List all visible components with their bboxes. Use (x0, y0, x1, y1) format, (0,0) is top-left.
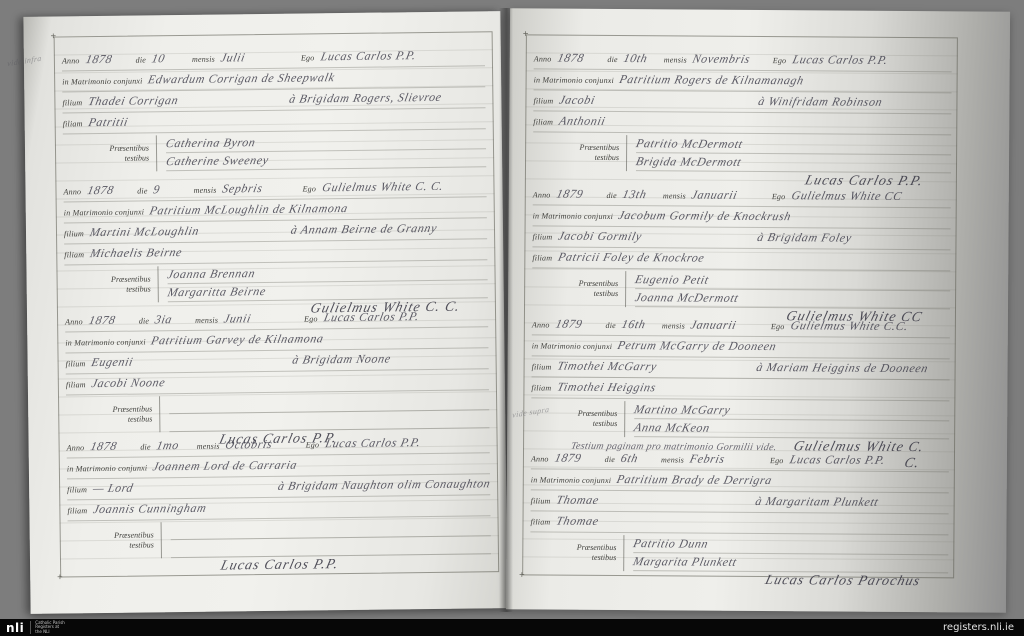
groom-name: Joannem Lord de Carraria (151, 453, 491, 475)
bride-name: à Mariam Heiggins de Dooneen (755, 358, 952, 377)
label-ego: Ego (770, 452, 784, 470)
label-testibus-word: testibus (533, 152, 619, 163)
bride-father-name: Michaelis Beirne (88, 239, 489, 262)
label-mensis: mensis (661, 451, 684, 469)
label-die: die (139, 312, 150, 330)
site-url: registers.nli.ie (943, 622, 1014, 633)
filiam-line: filiam Jacobi Noone (66, 369, 489, 395)
filiam-line: filiam Thomae (530, 511, 948, 535)
label-die: die (605, 451, 616, 469)
filiam-line: filiam Timothei Heiggins (531, 377, 949, 401)
witness2-name: Anna McKeon (632, 419, 711, 437)
celebrant-name: Gulielmus White CC (789, 186, 952, 205)
label-die: die (606, 187, 617, 205)
groom-name: Edwardum Corrigan de Sheepwalk (147, 66, 487, 88)
die-value: 10th (622, 49, 660, 67)
bride-father-name: Patritii (87, 108, 488, 131)
witness2-name: Joanna McDermott (633, 289, 740, 307)
label-filium: filium (531, 492, 551, 510)
groom-name: Patritium Rogers de Kilnamanagh (618, 70, 954, 90)
mensis-value: Sepbris (221, 179, 299, 198)
label-filium: filium (64, 225, 84, 243)
groom-line: in Matrimonio conjunxi Patritium Brady d… (531, 469, 949, 493)
label-testibus: Præsentibus testibus (532, 270, 625, 307)
witness-line: Anna McKeon (634, 419, 949, 439)
groom-father-name: Eugenii (90, 351, 289, 371)
label-mensis: mensis (195, 312, 218, 330)
die-value: 10 (150, 49, 188, 67)
anno-value: 1878 (85, 181, 133, 200)
die-value: 1mo (155, 436, 193, 454)
filium-line: filium Thomae à Margaritam Plunkett (531, 490, 949, 514)
label-ego: Ego (772, 188, 786, 206)
label-conjunxi: in Matrimonio conjunxi (67, 459, 148, 478)
date-line: Anno 1879 die 13th mensis Januarii Ego G… (533, 184, 951, 208)
label-anno: Anno (63, 183, 81, 201)
mensis-value: Januarii (689, 316, 767, 334)
witness-line: Patritio Dunn (633, 535, 948, 555)
witnesses-block: Præsentibus testibus Martino McGarry Ann… (531, 400, 949, 439)
label-filium: filium (533, 92, 553, 110)
witness1-name: Martino McGarry (632, 401, 732, 419)
filium-line: filium Jacobi Gormily à Brigidam Foley (532, 226, 950, 250)
anno-value: 1879 (554, 315, 602, 333)
die-value: 16th (620, 315, 658, 333)
label-ego: Ego (304, 310, 318, 328)
label-filiam: filiam (530, 513, 550, 531)
mensis-value: Febris (688, 450, 766, 468)
groom-name: Jacobum Gormily de Knockrush (617, 206, 953, 226)
label-mensis: mensis (662, 317, 685, 335)
nli-logo-caption: Catholic Parish Registers at the NLI (30, 621, 65, 635)
groom-father-name: Martini McLoughlin (88, 221, 287, 241)
register-entry: Anno 1878 die 9 mensis Sepbris Ego Gulie… (63, 176, 488, 325)
mensis-value: Novembris (691, 50, 769, 68)
label-praesentibus: Præsentibus (532, 278, 618, 289)
label-conjunxi: in Matrimonio conjunxi (534, 71, 615, 90)
label-anno: Anno (65, 313, 83, 331)
filiam-line: filiam Patritii (63, 108, 486, 134)
witness-line: Margarita Plunkett (633, 553, 948, 573)
groom-father-name: Timothei McGarry (556, 357, 753, 376)
celebrant-name: Gulielmus White C.C. (788, 316, 951, 335)
bride-father-name: Timothei Heiggins (555, 378, 951, 399)
celebrant-name: Lucas Carlos P.P. (323, 432, 491, 452)
groom-name: Patritium Brady de Derrigra (615, 470, 951, 490)
filium-line: filium Jacobi à Winifridam Robinson (533, 90, 951, 114)
label-ego: Ego (771, 318, 785, 336)
witness2-name: Margarita Plunkett (631, 553, 738, 571)
label-die: die (140, 438, 151, 456)
filiam-line: filiam Joannis Cunningham (67, 495, 490, 521)
witnesses-block: Præsentibus testibus Patritio Dunn Marga… (530, 534, 948, 573)
bride-father-name: Jacobi Noone (90, 369, 491, 392)
bride-father-name: Patricii Foley de Knockroe (556, 248, 952, 269)
label-testibus: Præsentibus testibus (530, 534, 623, 571)
label-anno: Anno (533, 186, 551, 204)
witness-line: Patritio McDermott (636, 135, 951, 155)
witness1-name: Patritio McDermott (634, 135, 744, 153)
mensis-value: Octobris (224, 435, 302, 454)
label-testibus: Præsentibus testibus (64, 266, 157, 303)
witnesses-block: Præsentibus testibus (66, 392, 489, 433)
label-conjunxi: in Matrimonio conjunxi (62, 72, 143, 91)
witness2-name: Catherine Sweeney (164, 152, 270, 170)
label-anno: Anno (531, 450, 549, 468)
register-entry: Anno 1878 die 1mo mensis Octobris Ego Lu… (67, 432, 492, 581)
label-die: die (606, 317, 617, 335)
celebrant-name: Lucas Carlos P.P. (790, 50, 953, 69)
label-die: die (137, 182, 148, 200)
register-entry: Anno 1878 die 10 mensis Julii Ego Lucas … (62, 45, 487, 194)
label-testibus-word: testibus (63, 153, 149, 164)
label-testibus: Præsentibus testibus (63, 135, 156, 172)
label-filium: filium (67, 481, 87, 499)
filiam-line: filiam Anthonii (533, 111, 951, 135)
groom-name: Patritium Garvey de Kilnamona (150, 327, 490, 349)
groom-line: in Matrimonio conjunxi Petrum McGarry de… (532, 335, 950, 359)
witness1-name: Catherina Byron (164, 134, 257, 152)
label-testibus-word: testibus (530, 552, 616, 563)
mensis-value: Januarii (690, 186, 768, 204)
label-mensis: mensis (663, 187, 686, 205)
groom-line: in Matrimonio conjunxi Patritium Rogers … (534, 69, 952, 93)
watermark-bar: nli Catholic Parish Registers at the NLI… (0, 619, 1024, 636)
register-page-left[interactable]: Anno 1878 die 10 mensis Julii Ego Lucas … (23, 11, 507, 614)
caption-line: the NLI (35, 630, 65, 635)
witnesses-block: Præsentibus testibus Joanna Brennan Marg… (64, 262, 487, 303)
label-conjunxi: in Matrimonio conjunxi (65, 333, 146, 352)
label-mensis: mensis (192, 51, 215, 69)
groom-father-name: Jacobi Gormily (556, 227, 753, 246)
witness2-name: Brigida McDermott (634, 153, 743, 171)
label-testibus: Præsentibus testibus (66, 396, 159, 433)
groom-line: in Matrimonio conjunxi Jacobum Gormily d… (533, 205, 951, 229)
filium-line: filium Timothei McGarry à Mariam Heiggin… (532, 356, 950, 380)
label-filium: filium (532, 358, 552, 376)
bride-name: à Winifridam Robinson (756, 92, 953, 111)
register-entry: Anno 1878 die 10th mensis Novembris Ego … (533, 48, 952, 195)
signature-row: Lucas Carlos P.P. (68, 555, 491, 581)
celebrant-signature: Lucas Carlos Parochus (528, 571, 950, 590)
anno-value: 1878 (89, 437, 137, 456)
label-testibus-word: testibus (65, 284, 151, 295)
label-die: die (135, 51, 146, 69)
witness-line: Joanna McDermott (635, 289, 950, 309)
label-conjunxi: in Matrimonio conjunxi (531, 471, 612, 490)
label-filiam: filiam (67, 502, 87, 520)
die-value: 6th (619, 449, 657, 467)
bride-name: à Brigidam Noone (291, 348, 490, 368)
filiam-line: filiam Patricii Foley de Knockroe (532, 247, 950, 271)
anno-value: 1878 (84, 50, 132, 69)
label-filiam: filiam (533, 113, 553, 131)
groom-name: Patritium McLoughlin de Kilnamona (148, 197, 488, 219)
bride-father-name: Joannis Cunningham (91, 495, 492, 518)
label-mensis: mensis (197, 438, 220, 456)
label-anno: Anno (532, 316, 550, 334)
witness1-name: Patritio Dunn (632, 535, 711, 552)
witness1-name: Eugenio Petit (633, 271, 710, 288)
label-anno: Anno (534, 50, 552, 68)
bride-father-name: Anthonii (557, 112, 953, 133)
label-ego: Ego (302, 180, 316, 198)
celebrant-name: Lucas Carlos P.P. (788, 450, 951, 469)
date-line: Anno 1878 die 10th mensis Novembris Ego … (534, 48, 952, 72)
die-value: 9 (152, 180, 190, 198)
nli-logo-text: nli (0, 621, 30, 635)
anno-value: 1878 (87, 311, 135, 330)
label-mensis: mensis (664, 51, 687, 69)
label-ego: Ego (306, 436, 320, 454)
label-testibus-word: testibus (68, 540, 154, 551)
label-filiam: filiam (532, 249, 552, 267)
label-conjunxi: in Matrimonio conjunxi (532, 337, 613, 356)
date-line: Anno 1879 die 6th mensis Febris Ego Luca… (531, 448, 949, 472)
label-filium: filium (62, 94, 82, 112)
label-conjunxi: in Matrimonio conjunxi (64, 203, 145, 222)
label-testibus: Præsentibus testibus (68, 522, 161, 559)
register-entry: Anno 1879 die 13th mensis Januarii Ego G… (532, 184, 951, 331)
witness1-name: Joanna Brennan (166, 265, 257, 283)
book-gutter-shadow (499, 8, 513, 612)
groom-father-name: Thadei Corrigan (86, 90, 285, 110)
label-testibus-word: testibus (531, 418, 617, 429)
anno-value: 1879 (555, 185, 603, 203)
register-entry: Anno 1879 die 6th mensis Febris Ego Luca… (530, 448, 949, 595)
label-mensis: mensis (193, 182, 216, 200)
label-ego: Ego (301, 49, 315, 67)
label-filium: filium (532, 228, 552, 246)
witness-line: Eugenio Petit (635, 271, 950, 291)
label-die: die (607, 51, 618, 69)
groom-father-name: — Lord (91, 477, 273, 497)
anno-value: 1879 (553, 449, 601, 467)
die-value: 3ia (153, 310, 191, 328)
mensis-value: Junii (222, 309, 300, 328)
label-ego: Ego (773, 52, 787, 70)
die-value: 13th (621, 185, 659, 203)
witness2-name: Margaritta Beirne (166, 283, 267, 301)
label-testibus-word: testibus (532, 288, 618, 299)
label-anno: Anno (67, 439, 85, 457)
label-praesentibus: Præsentibus (533, 142, 619, 153)
label-filiam: filiam (531, 379, 551, 397)
witnesses-block: Præsentibus testibus Patritio McDermott … (533, 134, 951, 173)
witnesses-block: Præsentibus testibus (68, 518, 491, 559)
witnesses-block: Præsentibus testibus Eugenio Petit Joann… (532, 270, 950, 309)
label-filiam: filiam (63, 115, 83, 133)
witnesses-block: Præsentibus testibus Catherina Byron Cat… (63, 131, 486, 172)
bride-name: à Brigidam Rogers, Slievroe (288, 87, 487, 107)
groom-father-name: Thomae (555, 491, 752, 510)
label-conjunxi: in Matrimonio conjunxi (533, 207, 614, 226)
bride-name: à Annam Beirne de Granny (290, 218, 489, 238)
groom-name: Petrum McGarry de Dooneen (616, 336, 952, 356)
witness-line: Martino McGarry (634, 401, 949, 421)
filiam-line: filiam Michaelis Beirne (64, 239, 487, 265)
signature-row: Lucas Carlos Parochus (530, 571, 948, 595)
register-page-right[interactable]: Anno 1878 die 10th mensis Novembris Ego … (506, 8, 1010, 612)
mensis-value: Julii (219, 48, 297, 67)
celebrant-name: Lucas Carlos P.P. (322, 306, 490, 326)
label-testibus: Præsentibus testibus (533, 134, 626, 171)
bride-father-name: Thomae (554, 512, 950, 533)
label-testibus-word: testibus (66, 414, 152, 425)
date-line: Anno 1879 die 16th mensis Januarii Ego G… (532, 314, 950, 338)
label-anno: Anno (62, 52, 80, 70)
label-filiam: filiam (64, 246, 84, 264)
bride-name: à Brigidam Foley (755, 228, 952, 247)
label-filiam: filiam (66, 376, 86, 394)
label-filium: filium (66, 355, 86, 373)
celebrant-name: Lucas Carlos P.P. (319, 45, 487, 65)
register-viewer: vide infra vide supra Anno 1878 die 10 m… (0, 0, 1024, 636)
anno-value: 1878 (555, 49, 603, 67)
bride-name: à Brigidam Naughton olim Conaughton (276, 474, 492, 495)
nli-logo: nli Catholic Parish Registers at the NLI (0, 619, 65, 636)
witness-line: Brigida McDermott (636, 153, 951, 173)
celebrant-name: Gulielmus White C. C. (320, 176, 488, 196)
groom-father-name: Jacobi (557, 91, 754, 110)
bride-name: à Margaritam Plunkett (754, 492, 951, 511)
label-praesentibus: Præsentibus (530, 542, 616, 553)
